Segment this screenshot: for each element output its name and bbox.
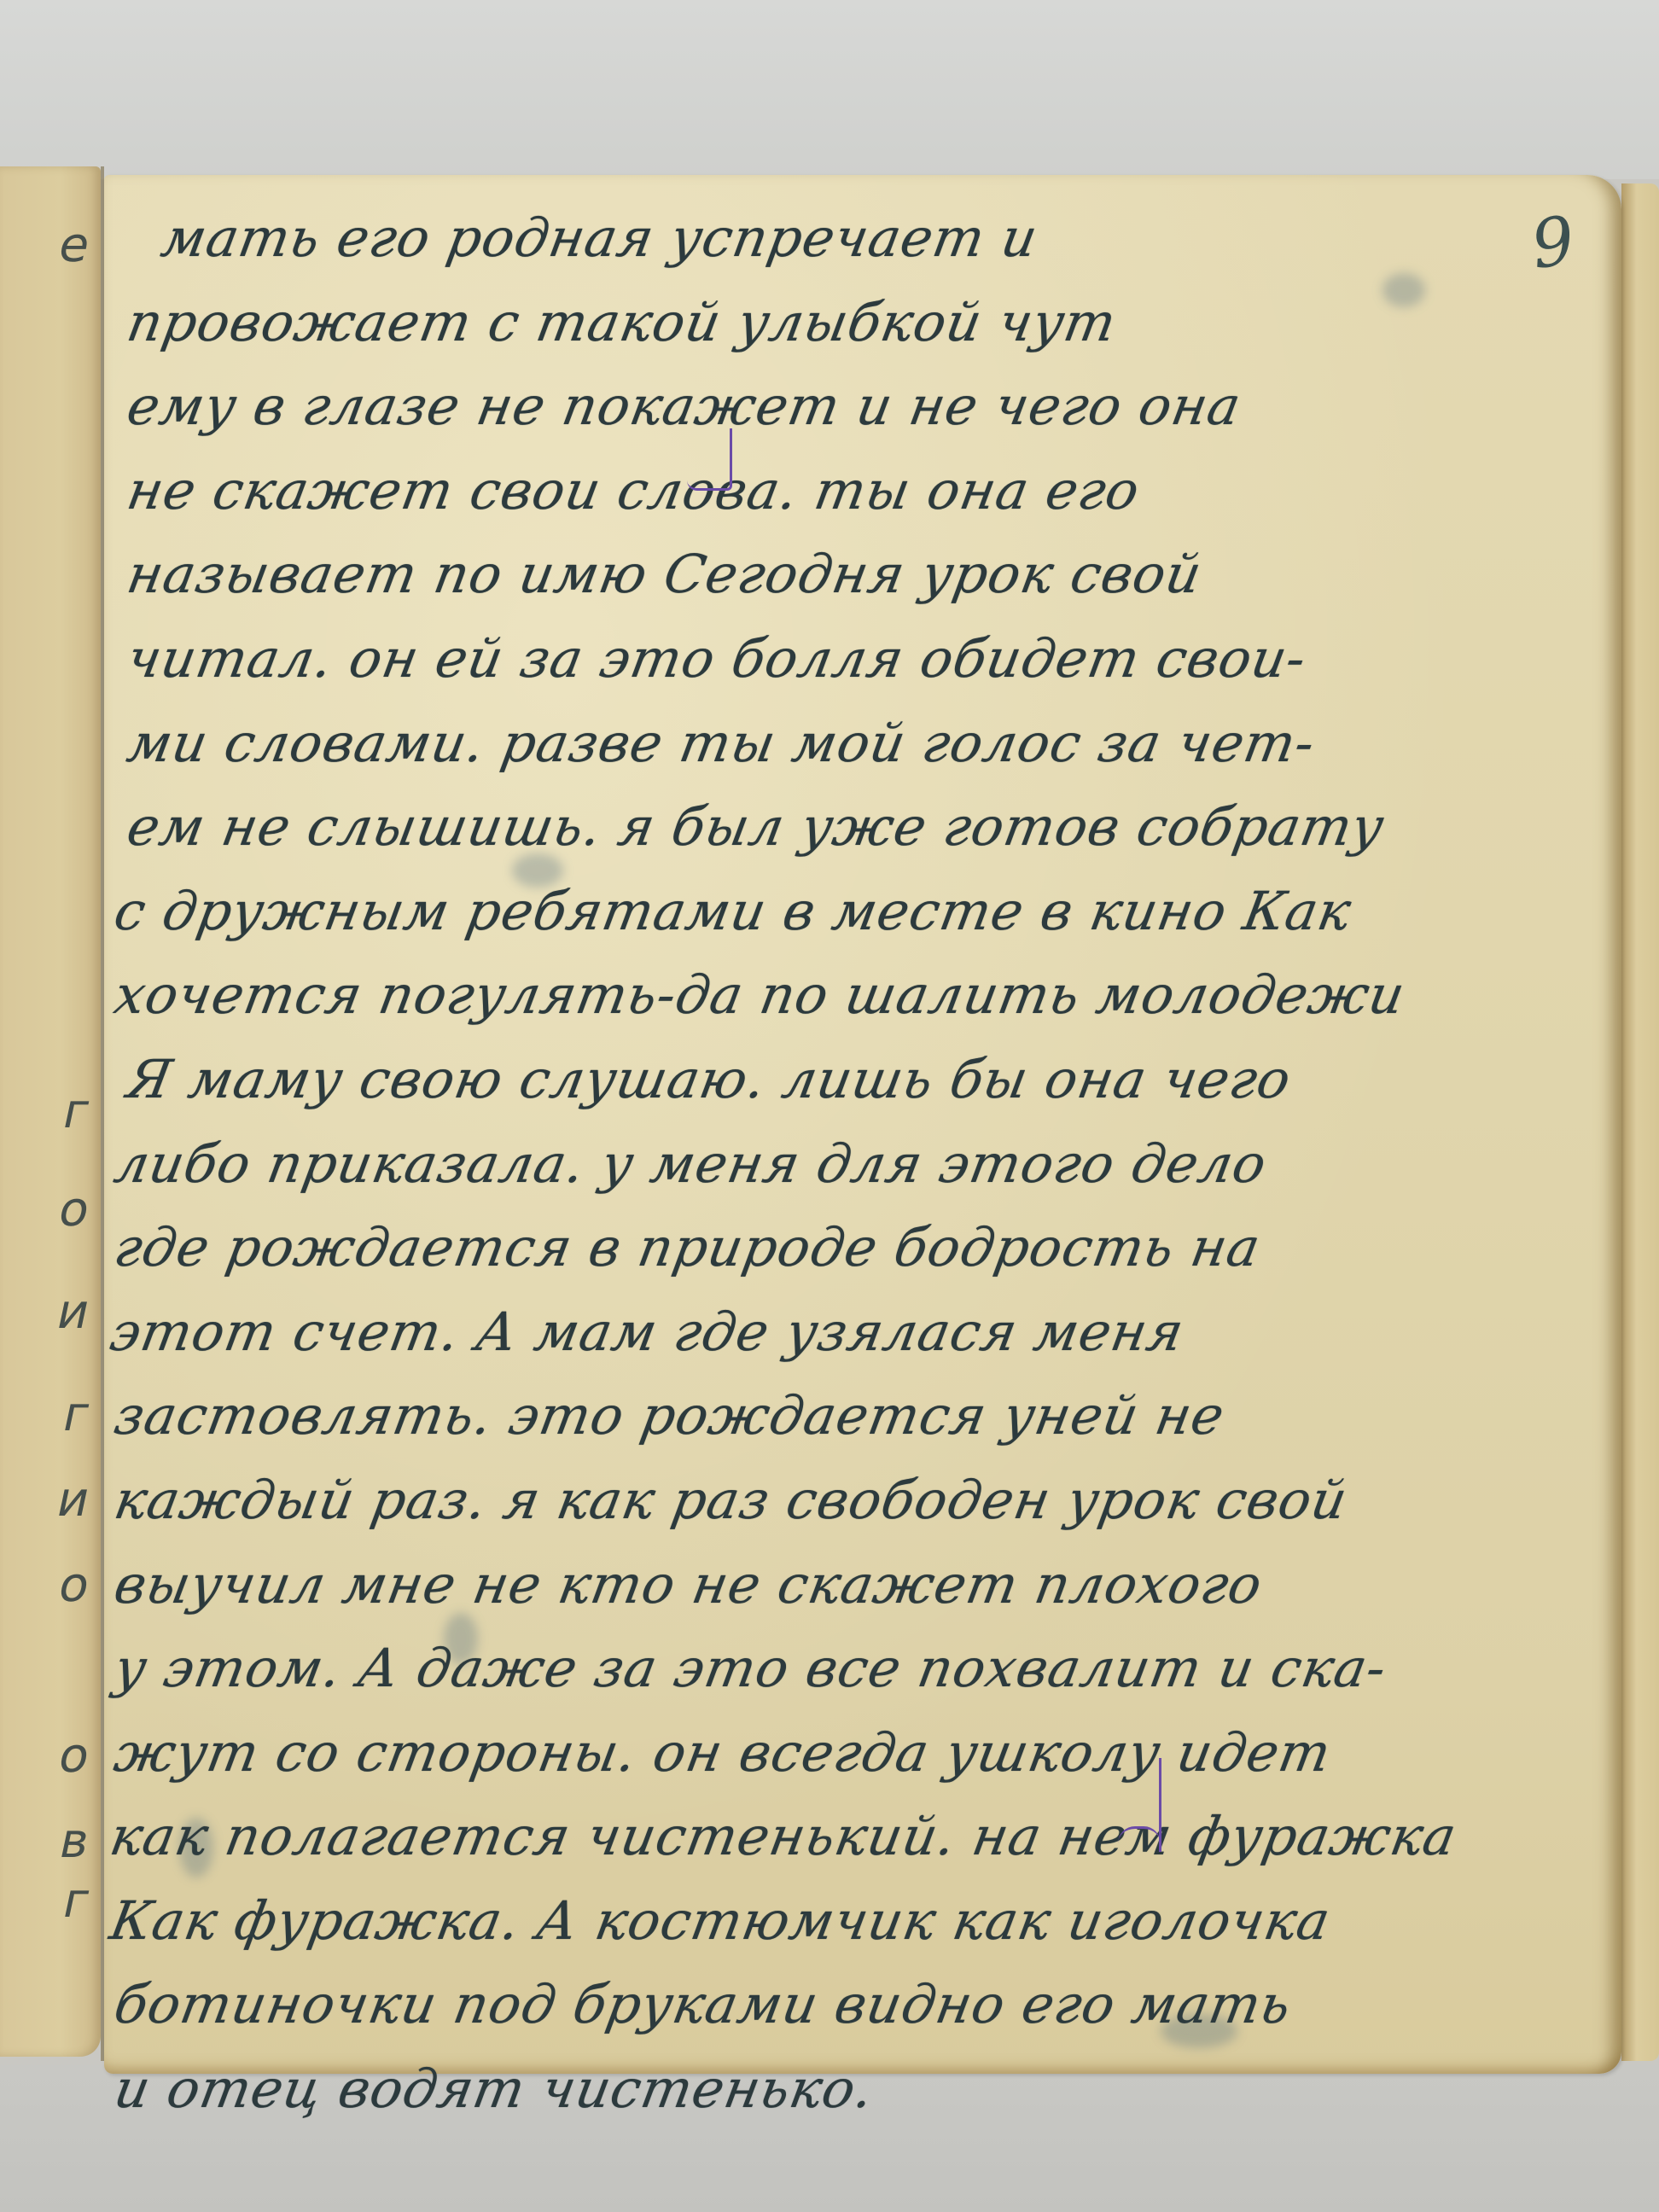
text-line: выучил мне не кто не скажет плохого	[103, 1543, 1586, 1627]
left-page-fragment: г	[58, 1387, 95, 1442]
previous-page-edge: е г о и г и о о в г	[0, 166, 101, 2057]
left-page-fragment: о	[54, 1182, 95, 1237]
left-page-fragment: е	[54, 218, 95, 273]
handwritten-text: мать его родная успречает и провожает с …	[111, 196, 1579, 2132]
text-line: читал. он ей за это болля обидет свои-	[103, 617, 1586, 701]
text-line: мать его родная успречает и	[103, 196, 1586, 281]
text-line: Я маму свою слушаю. лишь бы она чего	[103, 1038, 1586, 1122]
left-page-fragment: и	[52, 1284, 95, 1340]
text-line: и отец водят чистенько.	[103, 2047, 1586, 2132]
text-line: этот счет. А мам где узялася меня	[103, 1290, 1586, 1375]
text-line: хочется погулять-да по шалить молодежи	[103, 953, 1586, 1038]
text-line: называет по имю Сегодня урок свой	[103, 533, 1586, 617]
text-line: с дружным ребятами в месте в кино Как	[103, 870, 1586, 954]
text-line: как полагается чистенький. на нем фуражк…	[103, 1795, 1586, 1879]
left-page-fragment: г	[58, 1084, 95, 1139]
pencil-correction-mark	[1118, 1826, 1161, 1846]
scan-background-top	[0, 0, 1659, 179]
text-line: каждый раз. я как раз свободен урок свой	[103, 1458, 1586, 1543]
text-line: жут со стороны. он всегда ушколу идет	[103, 1711, 1586, 1796]
text-line: ем не слышишь. я был уже готов собрату	[103, 785, 1586, 870]
left-page-fragment: г	[58, 1873, 95, 1929]
text-line: провожает с такой улыбкой чут	[103, 281, 1586, 365]
text-line: где рождается в природе бодрость на	[103, 1206, 1586, 1290]
pencil-correction-mark	[687, 428, 732, 491]
left-page-fragment: о	[54, 1557, 95, 1613]
text-line: не скажет свои слова. ты она его	[103, 449, 1586, 533]
pencil-correction-mark	[1159, 1758, 1185, 1852]
next-page-edge	[1621, 183, 1659, 2061]
left-page-fragment: о	[54, 1728, 95, 1784]
left-page-fragment: в	[55, 1813, 95, 1869]
text-line: либо приказала. у меня для этого дело	[103, 1122, 1586, 1207]
text-line: ботиночки под бруками видно его мать	[103, 1963, 1586, 2047]
text-line: ми словами. разве ты мой голос за чет-	[103, 701, 1586, 786]
text-line: застовлять. это рождается уней не	[103, 1374, 1586, 1458]
text-line: Как фуражка. А костюмчик как иголочка	[103, 1879, 1586, 1964]
text-line: у этом. А даже за это все похвалит и ска…	[103, 1627, 1586, 1711]
text-line: ему в глазе не покажет и не чего она	[103, 364, 1586, 449]
left-page-fragment: и	[52, 1472, 95, 1528]
